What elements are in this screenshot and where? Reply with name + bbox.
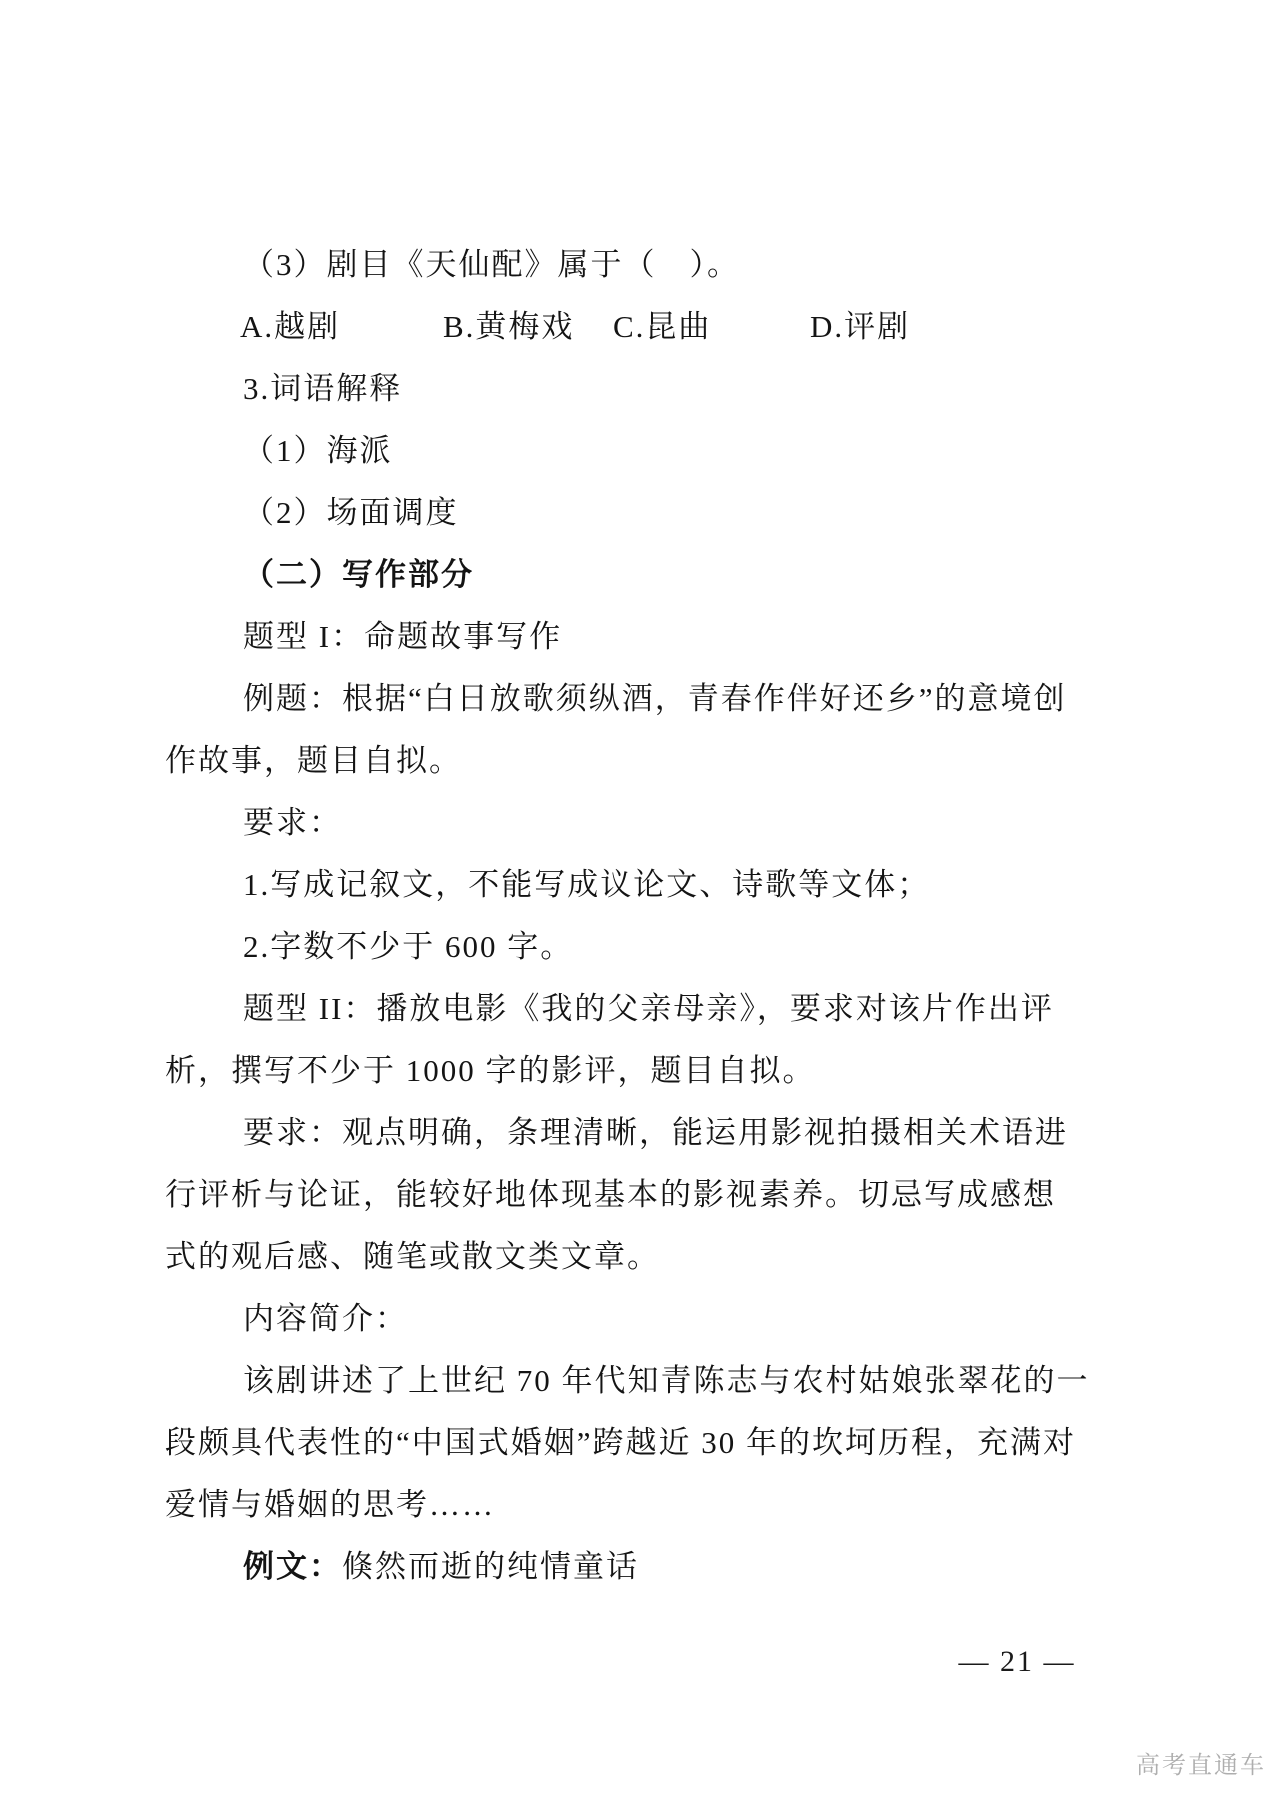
type-2-line-2: 析，撰写不少于 1000 字的影评，题目自拟。 xyxy=(165,1040,1145,1102)
item-3-heading: 3.词语解释 xyxy=(165,358,1145,420)
type-2-line-1: 题型 II：播放电影《我的父亲母亲》，要求对该片作出评 xyxy=(165,978,1145,1040)
type-2-requirements-line-2: 行评析与论证，能较好地体现基本的影视素养。切忌写成感想 xyxy=(165,1164,1145,1226)
synopsis-line-2: 段颇具代表性的“中国式婚姻”跨越近 30 年的坎坷历程，充满对 xyxy=(165,1412,1145,1474)
question-3-stem: （3）剧目《天仙配》属于（ ）。 xyxy=(165,234,1145,296)
example-essay-label: 例文： xyxy=(243,1549,342,1584)
type-1-example-line-1: 例题：根据“白日放歌须纵酒，青春作伴好还乡”的意境创 xyxy=(165,668,1145,730)
item-3-sub-2: （2）场面调度 xyxy=(165,482,1145,544)
option-b: B.黄梅戏 xyxy=(443,296,574,358)
section-2-heading: （二）写作部分 xyxy=(165,544,1145,606)
synopsis-heading: 内容简介： xyxy=(165,1288,1145,1350)
type-1-heading: 题型 I：命题故事写作 xyxy=(165,606,1145,668)
option-a: A.越剧 xyxy=(240,296,340,358)
option-c: C.昆曲 xyxy=(613,296,711,358)
type-2-requirements-line-3: 式的观后感、随笔或散文类文章。 xyxy=(165,1226,1145,1288)
document-page: （3）剧目《天仙配》属于（ ）。 A.越剧 B.黄梅戏 C.昆曲 D.评剧 3.… xyxy=(0,0,1280,1810)
type-1-requirements-heading: 要求： xyxy=(165,792,1145,854)
type-1-example-line-2: 作故事，题目自拟。 xyxy=(165,730,1145,792)
option-d: D.评剧 xyxy=(810,296,910,358)
watermark-text: 高考直通车 xyxy=(1136,1750,1266,1782)
document-body: （3）剧目《天仙配》属于（ ）。 A.越剧 B.黄梅戏 C.昆曲 D.评剧 3.… xyxy=(165,234,1145,1598)
type-1-requirement-1: 1.写成记叙文，不能写成议论文、诗歌等文体； xyxy=(165,854,1145,916)
example-essay-title: 倏然而逝的纯情童话 xyxy=(342,1549,639,1584)
synopsis-line-1: 该剧讲述了上世纪 70 年代知青陈志与农村姑娘张翠花的一 xyxy=(165,1350,1145,1412)
page-number: — 21 — xyxy=(877,1640,1157,1684)
synopsis-line-3: 爱情与婚姻的思考…… xyxy=(165,1474,1145,1536)
type-2-requirements-line-1: 要求：观点明确，条理清晰，能运用影视拍摄相关术语进 xyxy=(165,1102,1145,1164)
type-1-requirement-2: 2.字数不少于 600 字。 xyxy=(165,916,1145,978)
item-3-sub-1: （1）海派 xyxy=(165,420,1145,482)
question-3-options-row: A.越剧 B.黄梅戏 C.昆曲 D.评剧 xyxy=(165,296,1145,358)
example-essay-line: 例文：倏然而逝的纯情童话 xyxy=(165,1536,1145,1598)
